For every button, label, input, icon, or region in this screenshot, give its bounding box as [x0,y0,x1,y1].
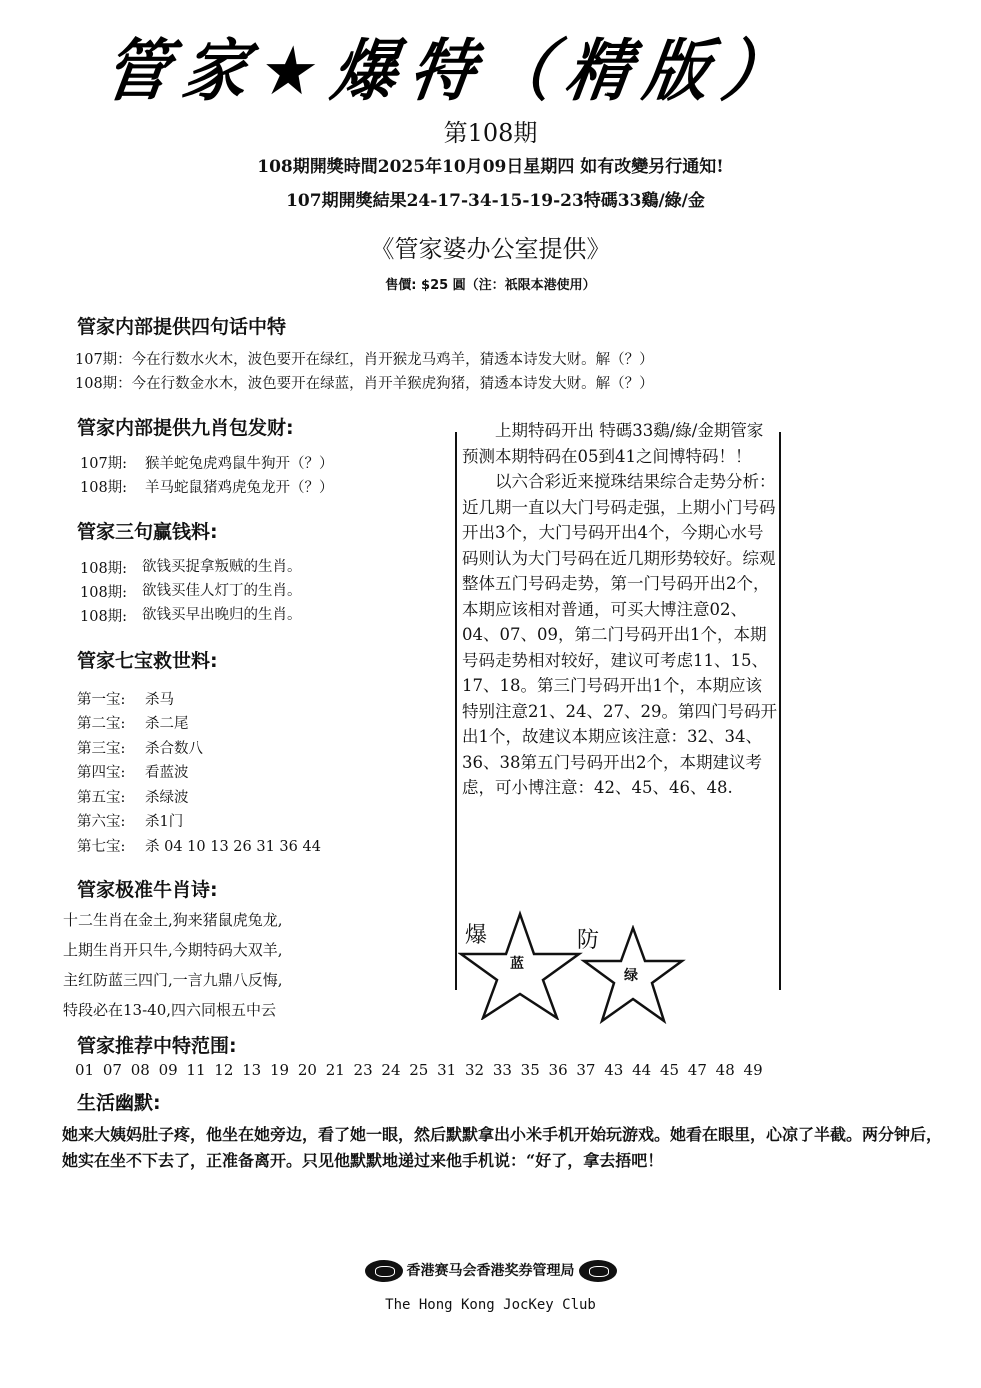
four-lines-row: 107期：今在行数水火木，波色要开在绿红，肖开猴龙马鸡羊，猜透本诗发大财。解（？… [75,348,654,372]
three-lines-text: 欲钱买早出晚归的生肖。 [142,603,302,627]
treasure-text: 杀合数八 [145,737,203,761]
analysis-text: 上期特码开出 特碼33鷄/綠/金期管家预测本期特码在05到41之间博特码！！ 以… [462,418,778,801]
page-title: 管家★爆特（精版） [99,30,831,114]
analysis-paragraph-2: 以六合彩近来搅珠结果综合走势分析：近几期一直以大门号码走强，上期小门号码开出3个… [462,469,778,801]
treasure-text: 杀马 [145,688,174,712]
poem-line: 十二生肖在金土,狗来猪鼠虎兔龙, [63,905,283,935]
star-green-text: 绿 [624,965,638,985]
treasure-label: 第二宝: [77,712,125,736]
footer-cn-text: 香港赛马会香港奖券管理局 [407,1263,575,1279]
jockey-club-logo-icon [365,1260,403,1282]
star-blue-text: 蓝 [510,953,524,973]
nine-zodiac-issue: 107期: [80,452,127,476]
three-lines-issue: 108期: [80,605,127,629]
treasure-text: 杀二尾 [145,712,189,736]
last-result: 107期開獎結果24-17-34-15-19-23特碼33鷄/綠/金 [0,186,981,211]
treasure-label: 第七宝: [77,835,125,859]
three-lines-text: 欲钱买捉拿叛贼的生肖。 [142,555,302,579]
poem-line: 主红防蓝三四门,一言九鼎八反悔, [63,965,283,995]
draw-time: 108期開獎時間2025年10月09日星期四 如有改變另行通知! [0,152,981,177]
analysis-paragraph-1: 上期特码开出 特碼33鷄/綠/金期管家预测本期特码在05到41之间博特码！！ [462,418,778,469]
footer-en: The Hong Kong JocKey Club [0,1297,981,1313]
treasure-label: 第三宝: [77,737,125,761]
treasure-text: 杀1门 [145,810,183,834]
recommend-numbers: 01 07 08 09 11 12 13 19 20 21 23 24 25 3… [75,1061,763,1079]
treasure-label: 第五宝: [77,786,125,810]
poem-line: 特段必在13-40,四六同根五中云 [63,995,276,1025]
treasure-text: 看蓝波 [145,761,189,785]
three-lines-text: 欲钱买佳人灯丁的生肖。 [142,579,302,603]
treasure-text: 杀 04 10 13 26 31 36 44 [145,835,321,859]
nine-zodiac-text: 猴羊蛇兔虎鸡鼠牛狗开（？） [145,452,334,476]
three-lines-heading: 管家三句赢钱料: [77,517,218,544]
seven-treasures-heading: 管家七宝救世料: [77,646,218,673]
humor-heading: 生活幽默: [77,1088,161,1115]
treasure-text: 杀绿波 [145,786,189,810]
issue-number: 第108期 [0,113,981,148]
three-lines-issue: 108期: [80,581,127,605]
treasure-label: 第六宝: [77,810,125,834]
poem-heading: 管家极准牛肖诗: [77,875,218,902]
three-lines-issue: 108期: [80,557,127,581]
poem-line: 上期生肖开只牛,今期特码大双羊, [63,935,283,965]
jockey-club-logo-icon [579,1260,617,1282]
footer-cn: 香港赛马会香港奖券管理局 [0,1260,981,1282]
treasure-label: 第四宝: [77,761,125,785]
humor-text: 她来大姨妈肚子疼，他坐在她旁边，看了她一眼，然后默默拿出小米手机开始玩游戏。她看… [62,1122,952,1174]
price: 售價: $25 圓（注：祇限本港使用） [0,274,981,293]
recommend-heading: 管家推荐中特范围: [77,1031,237,1058]
treasure-label: 第一宝: [77,688,125,712]
provider: 《管家婆办公室提供》 [0,229,981,264]
nine-zodiac-issue: 108期: [80,476,127,500]
nine-zodiac-heading: 管家内部提供九肖包发财: [77,413,294,440]
four-lines-row: 108期：今在行数金水木，波色要开在绿蓝，肖开羊猴虎狗猪，猜透本诗发大财。解（？… [75,372,654,396]
four-lines-heading: 管家内部提供四句话中特 [77,312,286,339]
nine-zodiac-text: 羊马蛇鼠猪鸡虎兔龙开（？） [145,476,334,500]
